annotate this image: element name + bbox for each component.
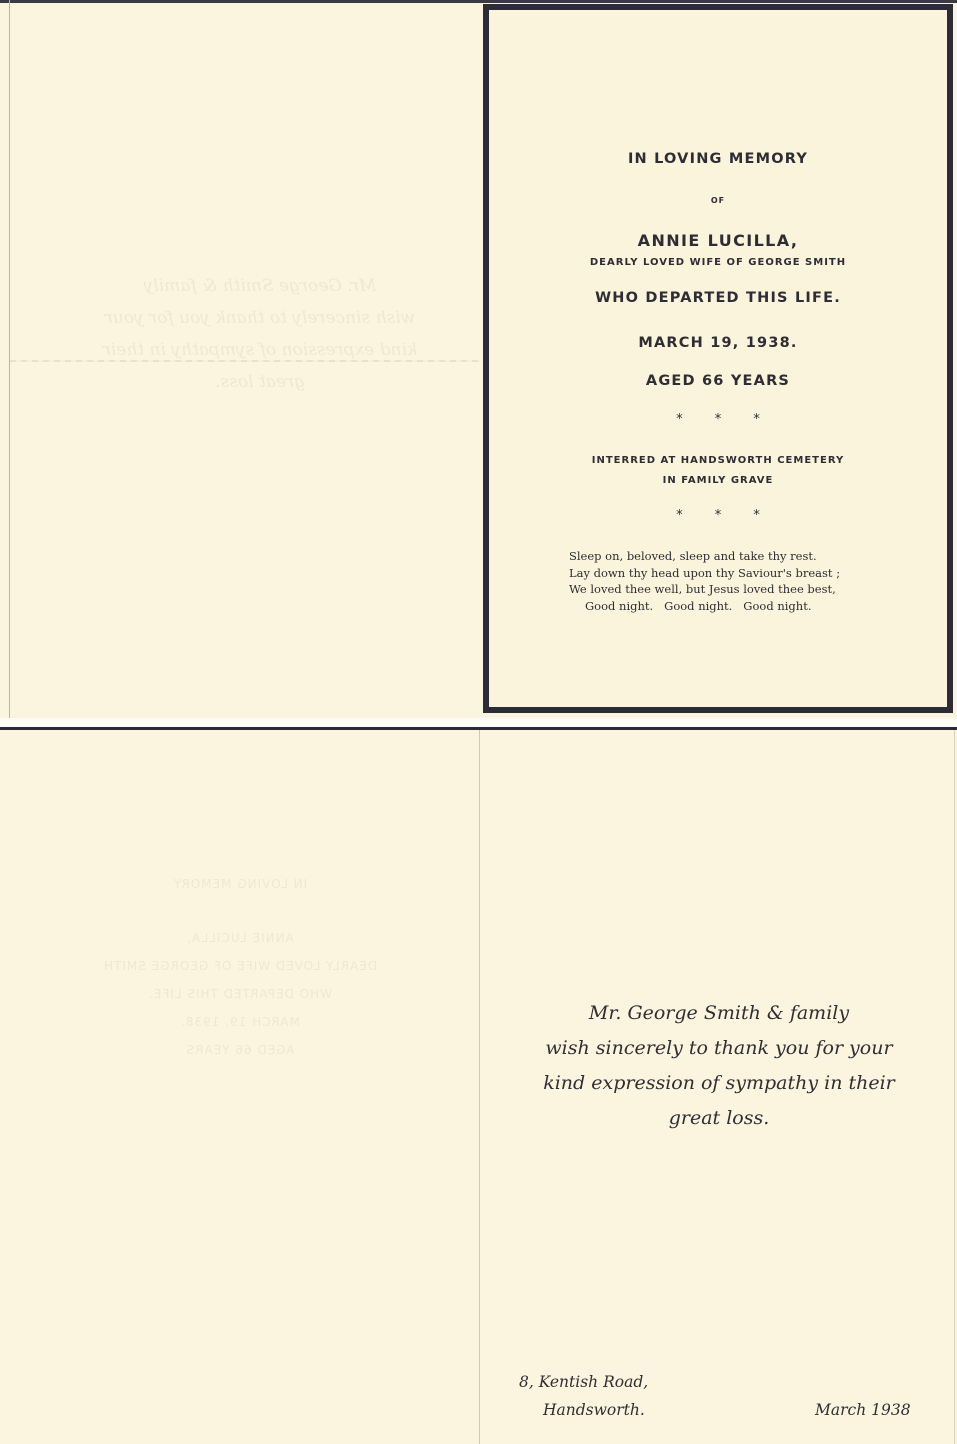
thanks-line: great loss. bbox=[481, 1101, 957, 1136]
poem-line: Good night. Good night. Good night. bbox=[569, 598, 889, 615]
thanks-line: wish sincerely to thank you for your bbox=[481, 1031, 957, 1066]
interment-line-1: INTERRED AT HANDSWORTH CEMETERY bbox=[489, 455, 947, 466]
top-left-panel: Mr. George Smith & family wish sincerely… bbox=[0, 0, 481, 718]
show-through-text: IN LOVING MEMORY ANNIE LUCILLA, DEARLY L… bbox=[90, 870, 390, 1064]
paper-edge bbox=[9, 0, 10, 718]
memorial-card: IN LOVING MEMORY OF ANNIE LUCILLA, DEARL… bbox=[483, 4, 953, 713]
top-sheet: Mr. George Smith & family wish sincerely… bbox=[0, 0, 957, 718]
thank-you-message: Mr. George Smith & family wish sincerely… bbox=[481, 996, 957, 1136]
age-line: AGED 66 YEARS bbox=[489, 373, 947, 389]
ornament-stars: * * * bbox=[489, 412, 947, 427]
memorial-heading: IN LOVING MEMORY bbox=[489, 151, 947, 167]
address-line-2: Handsworth. bbox=[543, 1401, 645, 1419]
memorial-of: OF bbox=[489, 196, 947, 205]
deceased-name: ANNIE LUCILLA, bbox=[489, 231, 947, 250]
relation-line: DEARLY LOVED WIFE OF GEORGE SMITH bbox=[489, 257, 947, 268]
thanks-line: Mr. George Smith & family bbox=[481, 996, 957, 1031]
poem-line: We loved thee well, but Jesus loved thee… bbox=[569, 581, 889, 598]
show-through-text: Mr. George Smith & family wish sincerely… bbox=[60, 270, 460, 398]
bottom-sheet: IN LOVING MEMORY ANNIE LUCILLA, DEARLY L… bbox=[0, 727, 957, 1444]
bottom-left-panel: IN LOVING MEMORY ANNIE LUCILLA, DEARLY L… bbox=[0, 730, 481, 1444]
poem-verse: Sleep on, beloved, sleep and take thy re… bbox=[569, 548, 889, 614]
poem-line: Lay down thy head upon thy Saviour's bre… bbox=[569, 565, 889, 582]
poem-line: Sleep on, beloved, sleep and take thy re… bbox=[569, 548, 889, 565]
card-fold-spine bbox=[479, 730, 480, 1444]
ornament-stars: * * * bbox=[489, 508, 947, 523]
thank-you-date: March 1938 bbox=[815, 1401, 911, 1419]
interment-line-2: IN FAMILY GRAVE bbox=[489, 475, 947, 486]
departed-line: WHO DEPARTED THIS LIFE. bbox=[489, 290, 947, 306]
thanks-line: kind expression of sympathy in their bbox=[481, 1066, 957, 1101]
address-line-1: 8, Kentish Road, bbox=[519, 1373, 648, 1391]
date-of-death: MARCH 19, 1938. bbox=[489, 335, 947, 351]
